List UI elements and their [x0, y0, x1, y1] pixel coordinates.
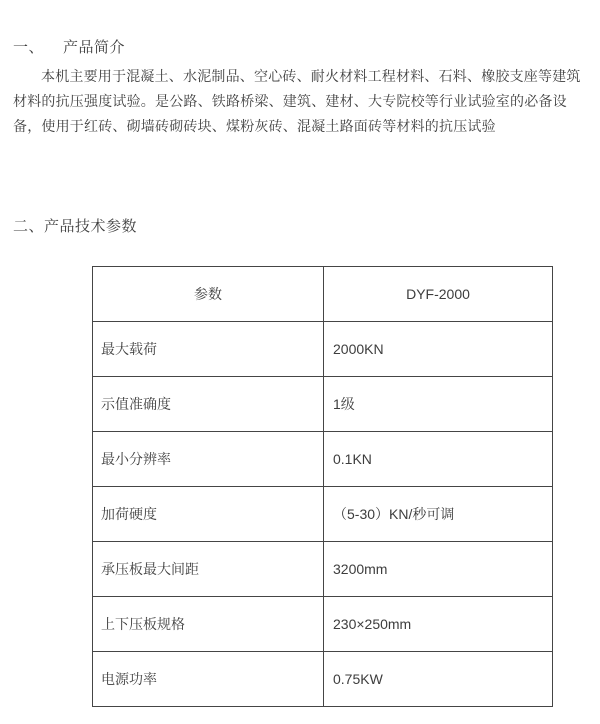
value-cell: 3200mm: [324, 542, 553, 597]
table-row: 承压板最大间距 3200mm: [93, 542, 553, 597]
param-cell: 示值准确度: [93, 377, 324, 432]
value-cell: 0.75KW: [324, 652, 553, 707]
value-cell: （5-30）KN/秒可调: [324, 487, 553, 542]
table-row: 上下压板规格 230×250mm: [93, 597, 553, 652]
section1-numeral: 一、: [13, 39, 44, 56]
document-page: 一、产品简介 本机主要用于混凝土、水泥制品、空心砖、耐火材料工程材料、石料、橡胶…: [0, 0, 600, 724]
spec-table: 参数 DYF-2000 最大载荷 2000KN 示值准确度 1级 最小分辨率 0…: [92, 266, 553, 707]
value-cell: 2000KN: [324, 322, 553, 377]
table-row: 最大载荷 2000KN: [93, 322, 553, 377]
value-cell: 1级: [324, 377, 553, 432]
param-cell: 最小分辨率: [93, 432, 324, 487]
section1-heading: 一、产品简介: [13, 0, 587, 57]
param-cell: 最大载荷: [93, 322, 324, 377]
model-header-cell: DYF-2000: [324, 267, 553, 322]
table-row: 加荷硬度 （5-30）KN/秒可调: [93, 487, 553, 542]
section2-heading: 二、产品技术参数: [13, 139, 587, 236]
param-header-cell: 参数: [93, 267, 324, 322]
param-cell: 电源功率: [93, 652, 324, 707]
param-cell: 加荷硬度: [93, 487, 324, 542]
table-header-row: 参数 DYF-2000: [93, 267, 553, 322]
value-cell: 0.1KN: [324, 432, 553, 487]
table-row: 示值准确度 1级: [93, 377, 553, 432]
value-cell: 230×250mm: [324, 597, 553, 652]
table-row: 最小分辨率 0.1KN: [93, 432, 553, 487]
table-row: 电源功率 0.75KW: [93, 652, 553, 707]
param-cell: 上下压板规格: [93, 597, 324, 652]
product-intro-paragraph: 本机主要用于混凝土、水泥制品、空心砖、耐火材料工程材料、石料、橡胶支座等建筑材料…: [13, 64, 587, 139]
param-cell: 承压板最大间距: [93, 542, 324, 597]
section1-title: 产品简介: [63, 39, 125, 56]
